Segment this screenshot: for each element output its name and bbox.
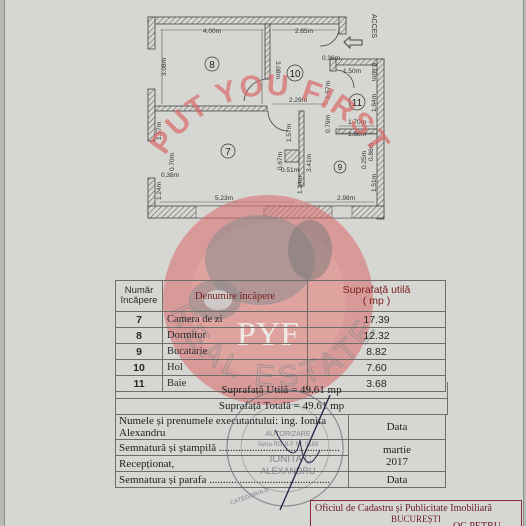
cadastre-office-stamp: Oficiul de Cadastru și Publicitate Imobi… (310, 500, 522, 526)
dim-label: 4.00m (203, 28, 221, 35)
dim-label: 3.41m (306, 154, 313, 172)
signature-table: Numele și prenumele executantului: ing. … (115, 414, 446, 488)
dim-label: 0.60m (370, 63, 377, 81)
dim-label: 0.70m (169, 153, 176, 171)
dim-label: 1.24m (297, 176, 304, 194)
table-header-row: Numărîncăpere Denumire încăpere Suprafaț… (116, 281, 446, 312)
dim-label: 2.29m (289, 97, 307, 104)
dim-label: 1.57m (286, 124, 293, 142)
received-label: Recepționat, (116, 456, 349, 472)
sign-seal-label: Semnatura și parafa ....................… (116, 472, 349, 488)
access-label: ACCES (370, 14, 377, 38)
dim-label: 0.79m (325, 115, 332, 133)
dim-label: 1.24m (156, 182, 163, 200)
dim-label: 1.57m (156, 122, 163, 140)
total-area: Suprafață Totală = 49.61 mp (115, 398, 448, 415)
office-stamp-line1: Oficiul de Cadastru și Publicitate Imobi… (311, 501, 521, 514)
table-row: 7Camera de zi17.39 (116, 312, 446, 328)
dim-label: 0.38m (161, 172, 179, 179)
date-footer: Data (349, 472, 446, 488)
dim-label: 1.51m (371, 174, 378, 192)
dim-label: 0.86m (368, 143, 375, 161)
room-number-9: 9 (338, 163, 343, 172)
dim-label: 0.25m (361, 151, 368, 169)
date-value: martie2017 (349, 440, 446, 472)
executant-name: Numele și prenumele executantului: ing. … (116, 415, 349, 440)
dim-label: 5.23m (215, 195, 233, 202)
dim-label: 2.98m (337, 195, 355, 202)
dim-label: 1.57m (325, 81, 332, 99)
room-table: Numărîncăpere Denumire încăpere Suprafaț… (115, 280, 446, 392)
useful-area-total: Suprafață Utilă = 49.61 mp (115, 382, 448, 399)
date-header: Data (349, 415, 446, 440)
dim-label: 0.36m (322, 55, 340, 62)
floor-plan: 8 10 11 7 9 4.00m 2.65m 2.29m 0.36m 1.50… (0, 0, 526, 280)
office-stamp-line3: ...OC PETRU (445, 521, 501, 526)
dim-label: 2.65m (295, 28, 313, 35)
dim-label: 1.50m (343, 68, 361, 75)
header-number: Numărîncăpere (116, 281, 163, 312)
dim-label: 0.67m (277, 152, 284, 170)
dim-label: 3.08m (161, 58, 168, 76)
header-name: Denumire încăpere (163, 281, 308, 312)
header-area: Suprafață utilă( mp ) (308, 281, 446, 312)
dim-label: 1.64m (371, 94, 378, 112)
room-number-7: 7 (225, 147, 231, 158)
dim-label: 3.08m (274, 61, 281, 79)
room-number-10: 10 (289, 69, 301, 80)
table-row: 8Dormitor12.32 (116, 328, 446, 344)
room-number-8: 8 (209, 60, 215, 71)
dim-label: 1.88m (348, 131, 366, 138)
table-row: 10Hol7.60 (116, 360, 446, 376)
table-row: 9Bucatarie8.82 (116, 344, 446, 360)
dim-label: 1.70m (348, 119, 366, 126)
sign-stamp-label: Semnatură și ștampilă ..................… (116, 440, 349, 456)
room-number-11: 11 (352, 98, 363, 109)
